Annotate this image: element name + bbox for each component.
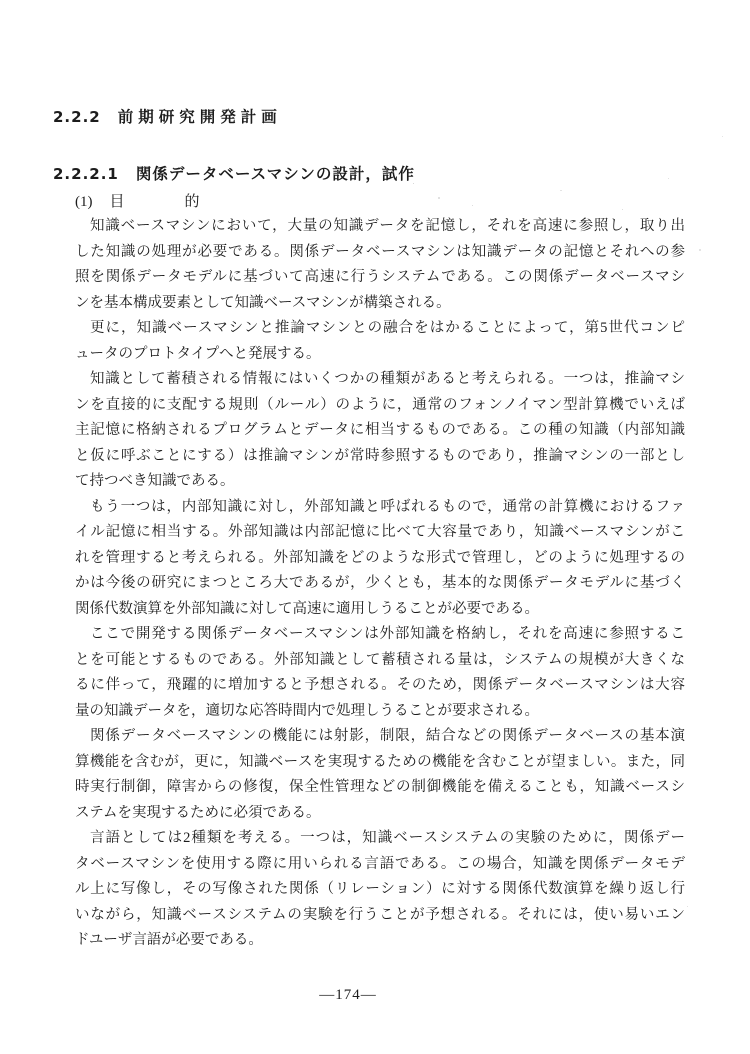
section-title: 前期研究開発計画 bbox=[118, 108, 282, 126]
body-line: とを可能とするものである。外部知識として蓄積される量は，システムの規模が大きくな bbox=[75, 648, 685, 674]
section-number: 2.2.2 bbox=[53, 108, 101, 126]
subsection-number: 2.2.2.1 bbox=[53, 165, 119, 183]
body-line: もう一つは，内部知識に対し，外部知識と呼ばれるもので，通常の計算機におけるファ bbox=[75, 495, 685, 521]
body-line: るに伴って，飛躍的に増加すると予想される。そのため，関係データベースマシンは大容 bbox=[75, 673, 685, 699]
scan-speck bbox=[472, 205, 473, 206]
body-line: 量の知識データを，適切な応答時間内で処理しうることが要求される。 bbox=[75, 699, 685, 725]
body-line: ンを基本構成要素として知識ベースマシンが構築される。 bbox=[75, 291, 685, 317]
scan-speck bbox=[413, 183, 414, 184]
section-heading: 2.2.2前期研究開発計画 bbox=[53, 105, 282, 127]
document-page: 2.2.2前期研究開発計画 2.2.2.1関係データベースマシンの設計，試作 (… bbox=[0, 0, 750, 1054]
scan-speck bbox=[392, 171, 394, 173]
body-text: 知識ベースマシンにおいて，大量の知識データを記憶し，それを高速に参照し，取り出し… bbox=[75, 214, 685, 954]
page-number: —174— bbox=[0, 987, 696, 1004]
body-line: 関係データベースマシンの機能には射影，制限，結合などの関係データベースの基本演 bbox=[75, 724, 685, 750]
body-line: て持つべき知識である。 bbox=[75, 469, 685, 495]
body-line: ドユーザ言語が必要である。 bbox=[75, 928, 685, 954]
scan-speck bbox=[699, 249, 701, 251]
scan-speck bbox=[668, 178, 669, 179]
body-line: れを管理すると考えられる。外部知識をどのような形式で管理し，どのように処理するの bbox=[75, 546, 685, 572]
body-line: と仮に呼ぶことにする）は推論マシンが常時参照するものであり，推論マシンの一部とし bbox=[75, 444, 685, 470]
body-line: ステムを実現するために必須である。 bbox=[75, 801, 685, 827]
body-line: ンを直接的に支配する規則（ルール）のように，通常のフォンノイマン型計算機でいえば bbox=[75, 393, 685, 419]
body-line: 知識として蓄積される情報にはいくつかの種類があると考えられる。一つは，推論マシ bbox=[75, 367, 685, 393]
body-line: 更に，知識ベースマシンと推論マシンとの融合をはかることによって，第5世代コンピ bbox=[75, 316, 685, 342]
body-line: ここで開発する関係データベースマシンは外部知識を格納し，それを高速に参照するこ bbox=[75, 622, 685, 648]
item-heading: (1)目 的 bbox=[75, 190, 200, 211]
item-title: 目 的 bbox=[110, 194, 200, 210]
scan-speck bbox=[640, 432, 641, 433]
item-number: (1) bbox=[75, 194, 93, 210]
body-line: いながら，知識ベースシステムの実験を行うことが予想される。それには，使い易いエン bbox=[75, 903, 685, 929]
body-line: 知識ベースマシンにおいて，大量の知識データを記憶し，それを高速に参照し，取り出 bbox=[75, 214, 685, 240]
body-line: した知識の処理が必要である。関係データベースマシンは知識データの記憶とそれへの参 bbox=[75, 240, 685, 266]
body-line: かは今後の研究にまつところ大であるが，少くとも，基本的な関係データモデルに基づく bbox=[75, 571, 685, 597]
subsection-title: 関係データベースマシンの設計，試作 bbox=[136, 165, 415, 183]
body-line: ュータのプロトタイプへと発展する。 bbox=[75, 342, 685, 368]
scan-speck bbox=[722, 136, 723, 137]
scan-speck bbox=[438, 197, 440, 199]
body-line: 主記憶に格納されるプログラムとデータに相当するものである。この種の知識（内部知識 bbox=[75, 418, 685, 444]
scan-speck bbox=[560, 190, 562, 191]
body-line: イル記憶に相当する。外部知識は内部記憶に比べて大容量であり，知識ベースマシンがこ bbox=[75, 520, 685, 546]
body-line: 言語としては2種類を考える。一つは，知識ベースシステムの実験のために，関係デー bbox=[75, 826, 685, 852]
body-line: 関係代数演算を外部知識に対して高速に適用しうることが必要である。 bbox=[75, 597, 685, 623]
body-line: タベースマシンを使用する際に用いられる言語である。この場合，知識を関係データモデ bbox=[75, 852, 685, 878]
scan-speck bbox=[687, 906, 688, 907]
body-line: 時実行制御，障害からの修復，保全性管理などの制御機能を備えることも，知識ベースシ bbox=[75, 775, 685, 801]
scan-speck bbox=[622, 209, 623, 210]
body-line: 照を関係データモデルに基づいて高速に行うシステムである。この関係データベースマシ bbox=[75, 265, 685, 291]
body-line: ル上に写像し，その写像された関係（リレーション）に対する関係代数演算を繰り返し行 bbox=[75, 877, 685, 903]
body-line: 算機能を含むが，更に，知識ベースを実現するための機能を含むことが望ましい。また，… bbox=[75, 750, 685, 776]
subsection-heading: 2.2.2.1関係データベースマシンの設計，試作 bbox=[53, 162, 415, 184]
